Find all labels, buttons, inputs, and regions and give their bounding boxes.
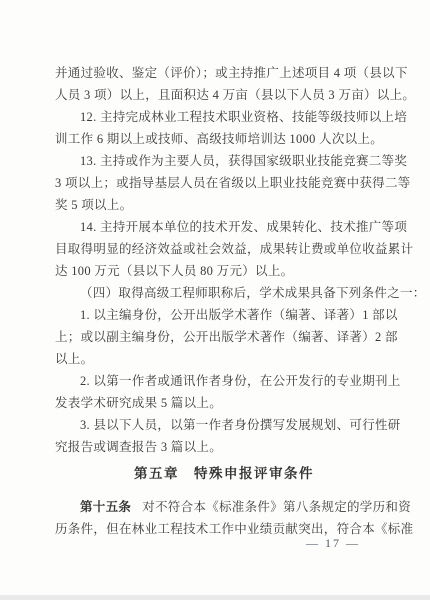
- document-line: 以上。: [55, 348, 393, 370]
- page-number: — 17 —: [298, 535, 368, 551]
- article-block: 第十五条对不符合本《标准条件》第八条规定的学历和资 历条件，但在林业工程技术工作…: [55, 496, 393, 540]
- document-line: 12. 主持完成林业工程技术职业资格、技能等级技师以上培: [55, 106, 393, 128]
- document-line: 达 100 万元（县以下人员 80 万元）以上。: [55, 260, 393, 282]
- document-page: 并通过验收、鉴定（评价）；或主持推广上述项目 4 项（县以下 人员 3 项）以上…: [0, 0, 430, 600]
- article-number: 第十五条: [80, 500, 131, 514]
- article-text: 对不符合本《标准条件》第八条规定的学历和资: [142, 500, 411, 514]
- document-line: 上；或以副主编身份，公开出版学术著作（编著、译著）2 部: [55, 326, 393, 348]
- document-line: （四）取得高级工程师职称后，学术成果具备下列条件之一：: [55, 282, 393, 304]
- document-line: 人员 3 项）以上，且面积达 4 万亩（县以下人员 3 万亩）以上。: [55, 84, 393, 106]
- chapter-heading: 第五章 特殊申报评审条件: [55, 463, 393, 485]
- article-line: 第十五条对不符合本《标准条件》第八条规定的学历和资: [55, 496, 393, 518]
- document-line: 3. 县以下人员，以第一作者身份撰写发展规划、可行性研: [55, 414, 393, 436]
- document-text-block: 并通过验收、鉴定（评价）；或主持推广上述项目 4 项（县以下 人员 3 项）以上…: [55, 62, 393, 540]
- document-line: 发表学术研究成果 5 篇以上。: [55, 392, 393, 414]
- document-line: 并通过验收、鉴定（评价）；或主持推广上述项目 4 项（县以下: [55, 62, 393, 84]
- page-edge-strip: [0, 595, 430, 600]
- document-line: 14. 主持开展本单位的技术开发、成果转化、技术推广等项: [55, 216, 393, 238]
- document-line: 13. 主持或作为主要人员，获得国家级职业技能竞赛二等奖: [55, 150, 393, 172]
- document-line: 目取得明显的经济效益或社会效益，成果转让费或单位收益累计: [55, 238, 393, 260]
- document-line: 究报告或调查报告 3 篇以上。: [55, 436, 393, 458]
- document-line: 训工作 6 期以上或技师、高级技师培训达 1000 人次以上。: [55, 128, 393, 150]
- document-line: 1. 以主编身份，公开出版学术著作（编著、译著）1 部以: [55, 304, 393, 326]
- document-line: 2. 以第一作者或通讯作者身份，在公开发行的专业期刊上: [55, 370, 393, 392]
- document-line: 3 项以上；或指导基层人员在省级以上职业技能竞赛中获得二等: [55, 172, 393, 194]
- document-line: 奖 5 项以上。: [55, 194, 393, 216]
